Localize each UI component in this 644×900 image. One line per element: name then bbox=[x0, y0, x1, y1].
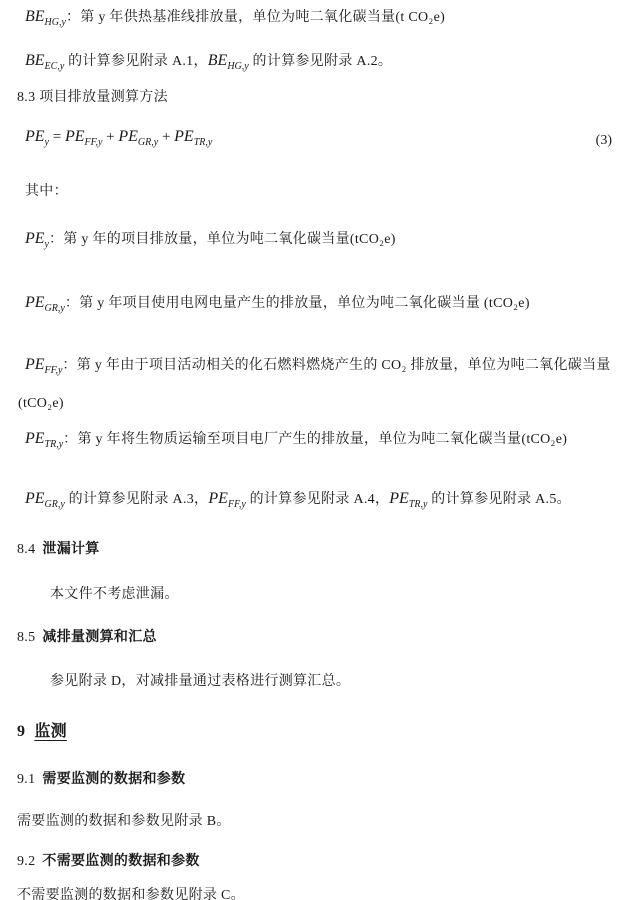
equals-operator: = bbox=[49, 129, 65, 145]
variable-pe-tr: PETR,y bbox=[174, 128, 212, 145]
variable-pe-y: PEy bbox=[25, 230, 49, 247]
ref-text-2: 的计算参见附录 A.4， bbox=[246, 492, 390, 507]
variable-pe-y: PEy bbox=[25, 128, 49, 145]
heading-title: 不需要监测的数据和参数 bbox=[42, 852, 199, 868]
ref-text-1: 的计算参见附录 A.3， bbox=[65, 492, 209, 507]
variable-be-hg: BEHG,y bbox=[25, 8, 66, 25]
section-heading-8-4: 8.4泄漏计算 bbox=[17, 538, 100, 558]
equation-3-formula: PEy = PEFF,y + PEGR,y + PETR,y bbox=[25, 128, 212, 146]
paragraph-pe-tr-definition: PETR,y：第 y 年将生物质运输至项目电厂产生的排放量，单位为吨二氧化碳当量… bbox=[25, 428, 567, 448]
paragraph-reduction-summary-body: 参见附录 D，对减排量通过表格进行测算汇总。 bbox=[50, 670, 350, 690]
paragraph-be-appendix-refs: BEEC,y 的计算参见附录 A.1，BEHG,y 的计算参见附录 A.2。 bbox=[25, 50, 392, 70]
heading-number: 9.1 bbox=[17, 772, 35, 787]
document-page: BEHG,y：第 y 年供热基准线排放量，单位为吨二氧化碳当量(t CO₂e) … bbox=[0, 0, 644, 900]
section-heading-8-3: 8.3 项目排放量测算方法 bbox=[17, 86, 168, 106]
variable-be-ec: BEEC,y bbox=[25, 52, 64, 69]
heading-title: 泄漏计算 bbox=[42, 540, 99, 556]
paragraph-leakage-body: 本文件不考虑泄漏。 bbox=[50, 583, 179, 603]
variable-pe-ff: PEFF,y bbox=[65, 128, 102, 145]
definition-text: ：第 y 年将生物质运输至项目电厂产生的排放量，单位为吨二氧化碳当量(tCO₂e… bbox=[63, 432, 567, 447]
paragraph-pe-ff-definition: PEFF,y：第 y 年由于项目活动相关的化石燃料燃烧产生的 CO₂ 排放量，单… bbox=[18, 346, 624, 423]
variable-be-hg: BEHG,y bbox=[208, 52, 249, 69]
chapter-heading-9: 9监测 bbox=[17, 718, 67, 741]
heading-title: 需要监测的数据和参数 bbox=[42, 770, 185, 786]
heading-number: 9 bbox=[17, 723, 25, 740]
ref-text-1: 的计算参见附录 A.1， bbox=[64, 54, 208, 69]
paragraph-pe-y-definition: PEy：第 y 年的项目排放量，单位为吨二氧化碳当量(tCO₂e) bbox=[25, 228, 396, 248]
variable-pe-gr: PEGR,y bbox=[25, 490, 65, 507]
definition-text-line2: (tCO₂e) bbox=[18, 396, 64, 411]
paragraph-among-which: 其中： bbox=[25, 180, 68, 200]
section-heading-9-1: 9.1需要监测的数据和参数 bbox=[17, 768, 185, 788]
variable-pe-gr: PEGR,y bbox=[118, 128, 158, 145]
heading-number: 9.2 bbox=[17, 854, 35, 869]
paragraph-pe-appendix-refs: PEGR,y 的计算参见附录 A.3，PEFF,y 的计算参见附录 A.4，PE… bbox=[25, 488, 571, 508]
variable-pe-gr: PEGR,y bbox=[25, 294, 65, 311]
section-heading-8-5: 8.5减排量测算和汇总 bbox=[17, 626, 157, 646]
heading-title: 减排量测算和汇总 bbox=[42, 628, 156, 644]
paragraph-pe-gr-definition: PEGR,y：第 y 年项目使用电网电量产生的排放量，单位为吨二氧化碳当量 (t… bbox=[25, 292, 530, 312]
heading-number: 8.4 bbox=[17, 542, 35, 557]
heading-title: 监测 bbox=[34, 723, 67, 740]
paragraph-not-monitored-params-body: 不需要监测的数据和参数见附录 C。 bbox=[17, 884, 245, 900]
definition-text: ：第 y 年的项目排放量，单位为吨二氧化碳当量(tCO₂e) bbox=[49, 232, 396, 247]
section-heading-9-2: 9.2不需要监测的数据和参数 bbox=[17, 850, 200, 870]
definition-text: ：第 y 年项目使用电网电量产生的排放量，单位为吨二氧化碳当量 (tCO₂e) bbox=[65, 296, 530, 311]
definition-text: ：第 y 年供热基准线排放量，单位为吨二氧化碳当量(t CO₂e) bbox=[66, 10, 445, 25]
plus-operator: + bbox=[158, 129, 174, 145]
ref-text-3: 的计算参见附录 A.5。 bbox=[427, 492, 571, 507]
heading-number: 8.5 bbox=[17, 630, 35, 645]
variable-pe-tr: PETR,y bbox=[25, 430, 63, 447]
paragraph-monitored-params-body: 需要监测的数据和参数见附录 B。 bbox=[17, 810, 231, 830]
definition-text-line1: ：第 y 年由于项目活动相关的化石燃料燃烧产生的 CO₂ 排放量，单位为吨二氧化… bbox=[62, 358, 610, 373]
ref-text-2: 的计算参见附录 A.2。 bbox=[249, 54, 393, 69]
variable-pe-ff: PEFF,y bbox=[25, 356, 62, 373]
variable-pe-ff: PEFF,y bbox=[208, 490, 245, 507]
variable-pe-tr: PETR,y bbox=[389, 490, 427, 507]
plus-operator: + bbox=[102, 129, 118, 145]
equation-number: (3) bbox=[596, 133, 612, 149]
paragraph-be-hg-definition: BEHG,y：第 y 年供热基准线排放量，单位为吨二氧化碳当量(t CO₂e) bbox=[25, 6, 445, 26]
